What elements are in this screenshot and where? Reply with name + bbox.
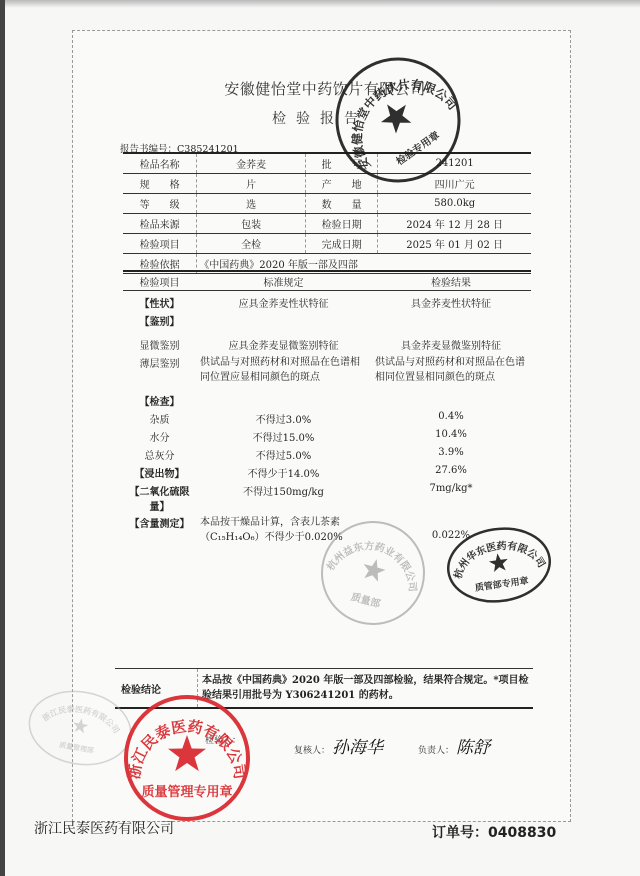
item-row: 【性状】应具金荞麦性状特征具金荞麦性状特征 (123, 295, 531, 311)
item-row: 显微鉴别应具金荞麦显微鉴别特征具金荞麦显微鉴别特征 (123, 337, 531, 353)
item-name: 【鉴别】 (123, 313, 196, 328)
reviewer-signature: 复核人：孙海华 (294, 733, 383, 758)
item-name: 总灰分 (123, 447, 196, 462)
item-row: 杂质不得过3.0%0.4% (123, 411, 531, 427)
reviewer-name: 孙海华 (332, 738, 383, 758)
item-name: 【性状】 (123, 295, 196, 310)
item-result: 供试品与对照药材和对照品在色谱相同位置显相同颜色的斑点 (371, 355, 531, 385)
items-table: 检验项目 标准规定 检验结果 【性状】应具金荞麦性状特征具金荞麦性状特征【鉴别】… (123, 270, 531, 545)
item-result: 27.6% (371, 465, 531, 476)
item-name: 【含量测定】 (123, 515, 196, 530)
item-name: 显微鉴别 (123, 337, 196, 352)
items-header: 检验项目 标准规定 检验结果 (123, 270, 531, 291)
info-value: 2025 年 01 月 02 日 (378, 234, 531, 254)
item-standard: 供试品与对照药材和对照品在色谱相同位置应显相同颜色的斑点 (196, 355, 371, 385)
svg-text:检验专用章: 检验专用章 (393, 128, 441, 167)
header-standard: 标准规定 (196, 274, 371, 289)
info-value: 包装 (197, 214, 306, 234)
item-standard: 不得过15.0% (196, 429, 371, 444)
item-standard: 不得过5.0% (196, 447, 371, 462)
item-standard: 不得过3.0% (196, 411, 371, 426)
svg-text:质量部: 质量部 (350, 590, 382, 610)
info-table: 检品名称金荞麦批 号241201规 格片产 地四川广元等 级选数 量580.0k… (123, 152, 531, 274)
info-value: 金荞麦 (197, 153, 306, 174)
manager-signature: 负责人：陈舒 (418, 733, 490, 758)
info-label: 完成日期 (305, 234, 377, 254)
item-result: 0.4% (371, 411, 531, 422)
item-result: 10.4% (371, 429, 531, 440)
footer-company: 浙江民泰医药有限公司 (34, 818, 174, 838)
item-result: 3.9% (371, 447, 531, 458)
svg-text:质量管理部: 质量管理部 (59, 740, 95, 755)
info-row: 检验项目全检完成日期2025 年 01 月 02 日 (123, 234, 531, 254)
info-label: 等 级 (123, 194, 197, 214)
item-standard: 不得过150mg/kg (196, 483, 371, 498)
info-label: 数 量 (305, 194, 377, 214)
item-name: 【浸出物】 (123, 465, 196, 480)
item-result: 具金荞麦性状特征 (371, 295, 531, 310)
info-value: 2024 年 12 月 28 日 (378, 214, 531, 234)
item-row: 【鉴别】 (123, 313, 531, 329)
info-row: 规 格片产 地四川广元 (123, 174, 531, 194)
item-name: 【检查】 (123, 393, 196, 408)
stamp-red: 浙江民泰医药有限公司质量管理专用章 (122, 693, 252, 823)
item-row: 【检查】 (123, 393, 531, 409)
info-value: 选 (197, 194, 306, 214)
info-row: 检品名称金荞麦批 号241201 (123, 153, 531, 174)
item-row: 薄层鉴别供试品与对照药材和对照品在色谱相同位置应显相同颜色的斑点供试品与对照药材… (123, 355, 531, 385)
info-row: 检品来源包装检验日期2024 年 12 月 28 日 (123, 214, 531, 234)
info-label: 规 格 (123, 174, 197, 194)
item-name: 薄层鉴别 (123, 355, 196, 370)
item-result: 7mg/kg* (371, 483, 531, 494)
order-label: 订单号： (432, 825, 488, 841)
info-label: 检品名称 (123, 153, 197, 174)
item-result: 具金荞麦显微鉴别特征 (371, 337, 531, 352)
header-item: 检验项目 (123, 274, 196, 289)
item-name: 水分 (123, 429, 196, 444)
footer-order: 订单号：0408830 (432, 822, 556, 842)
item-name: 杂质 (123, 411, 196, 426)
svg-text:质管部专用章: 质管部专用章 (474, 574, 529, 593)
stamp-right: 杭州华东医药有限公司质管部专用章 (439, 518, 559, 613)
manager-name: 陈舒 (456, 738, 490, 758)
item-standard: 应具金荞麦显微鉴别特征 (196, 337, 371, 352)
item-name: 【二氧化硫限量】 (123, 483, 196, 513)
info-value: 全检 (197, 234, 306, 254)
item-row: 水分不得过15.0%10.4% (123, 429, 531, 445)
item-standard: 不得少于14.0% (196, 465, 371, 480)
manager-label: 负责人： (418, 746, 454, 756)
reviewer-label: 复核人： (294, 746, 330, 756)
svg-text:质量管理专用章: 质量管理专用章 (141, 784, 232, 800)
info-label: 检验项目 (123, 234, 197, 254)
order-number: 0408830 (488, 825, 556, 841)
item-row: 【二氧化硫限量】不得过150mg/kg7mg/kg* (123, 483, 531, 513)
item-row: 【浸出物】不得少于14.0%27.6% (123, 465, 531, 481)
scan-edge (0, 0, 5, 876)
info-label: 检品来源 (123, 214, 197, 234)
header-result: 检验结果 (371, 274, 531, 289)
info-label: 检验日期 (305, 214, 377, 234)
info-value: 片 (197, 174, 306, 194)
item-standard: 应具金荞麦性状特征 (196, 295, 371, 310)
info-row: 等 级选数 量580.0kg (123, 194, 531, 214)
item-row: 总灰分不得过5.0%3.9% (123, 447, 531, 463)
scan-shadow (0, 0, 640, 8)
